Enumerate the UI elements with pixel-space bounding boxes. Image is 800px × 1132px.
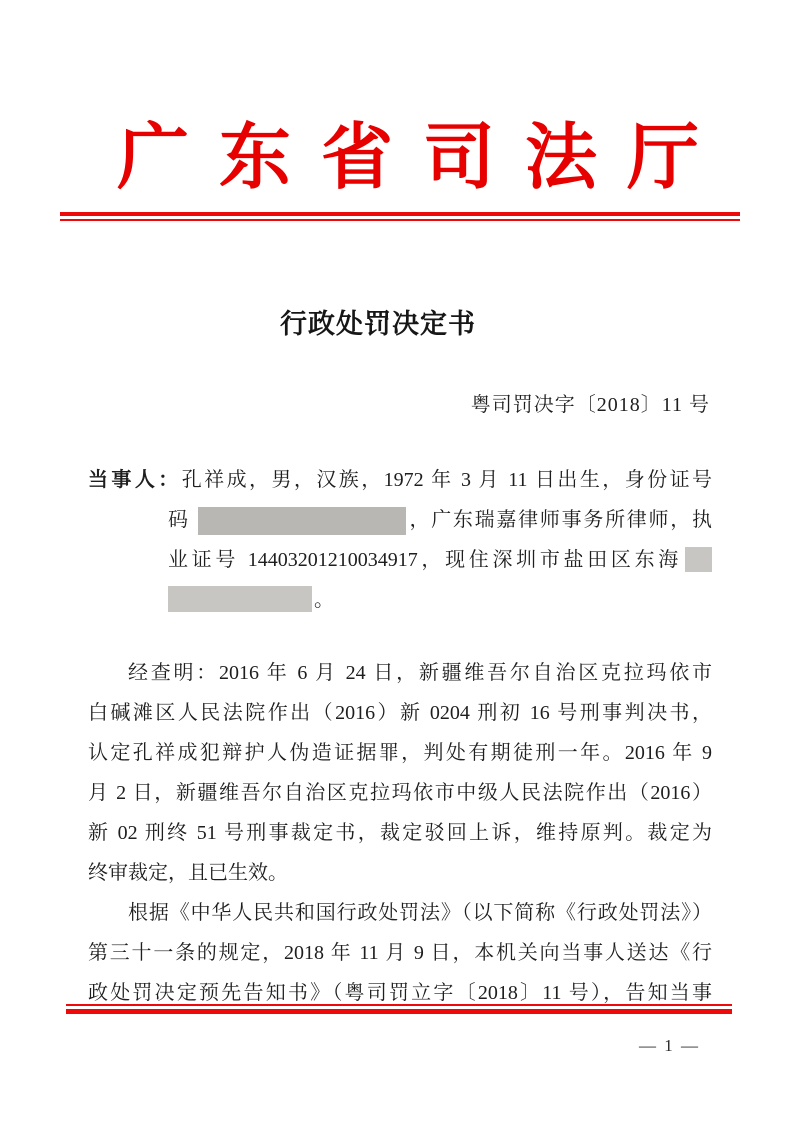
party-line-2-prefix: 码: [168, 509, 190, 531]
party-line-1: 当事人：孔祥成，男，汉族，1972 年 3 月 11 日出生，身份证号: [88, 460, 712, 500]
redaction-box-address-2: [168, 586, 312, 612]
party-line-4: 。: [88, 580, 712, 620]
party-line-2: 码，广东瑞嘉律师事务所律师，执: [88, 500, 712, 540]
party-line-2-suffix: ，广东瑞嘉律师事务所律师，执: [408, 509, 712, 531]
findings-line: 新 02 刑终 51 号刑事裁定书，裁定驳回上诉，维持原判。裁定为: [88, 813, 712, 853]
document-page: 广东省司法厅 行政处罚决定书 粤司罚决字〔2018〕11 号 当事人：孔祥成，男…: [0, 0, 800, 1132]
legal-line: 根据《中华人民共和国行政处罚法》（以下简称《行政处罚法》）: [88, 893, 712, 933]
findings-line: 白碱滩区人民法院作出（2016）新 0204 刑初 16 号刑事判决书，: [88, 693, 712, 733]
findings-line: 认定孔祥成犯辩护人伪造证据罪，判处有期徒刑一年。2016 年 9: [88, 733, 712, 773]
findings-line: 终审裁定，且已生效。: [88, 853, 712, 893]
party-line-3: 业证号 14403201210034917，现住深圳市盐田区东海: [88, 540, 712, 580]
letterhead-divider: [60, 212, 740, 221]
footer-divider: [66, 1004, 732, 1014]
document-number: 粤司罚决字〔2018〕11 号: [471, 392, 710, 418]
divider-thick-line: [66, 1009, 732, 1014]
party-section: 当事人：孔祥成，男，汉族，1972 年 3 月 11 日出生，身份证号 码，广东…: [88, 460, 712, 620]
findings-line: 经查明：2016 年 6 月 24 日，新疆维吾尔自治区克拉玛依市: [88, 653, 712, 693]
party-label: 当事人：: [88, 469, 182, 491]
party-line-1-text: 孔祥成，男，汉族，1972 年 3 月 11 日出生，身份证号: [182, 469, 712, 491]
party-line-3-text: 业证号 14403201210034917，现住深圳市盐田区东海: [168, 549, 682, 571]
party-line-4-suffix: 。: [314, 589, 334, 611]
agency-letterhead: 广东省司法厅: [117, 122, 729, 194]
legal-line: 第三十一条的规定，2018 年 11 月 9 日，本机关向当事人送达《行: [88, 933, 712, 973]
divider-thin-line: [60, 219, 740, 221]
findings-line: 月 2 日，新疆维吾尔自治区克拉玛依市中级人民法院作出（2016）: [88, 773, 712, 813]
redaction-box-id-number: [198, 507, 406, 535]
page-number: — 1 —: [639, 1036, 700, 1056]
document-title: 行政处罚决定书: [280, 309, 476, 340]
legal-basis-paragraph: 根据《中华人民共和国行政处罚法》（以下简称《行政处罚法》） 第三十一条的规定，2…: [88, 893, 712, 1013]
redaction-box-address-1: [685, 547, 712, 572]
findings-paragraph: 经查明：2016 年 6 月 24 日，新疆维吾尔自治区克拉玛依市 白碱滩区人民…: [88, 653, 712, 893]
